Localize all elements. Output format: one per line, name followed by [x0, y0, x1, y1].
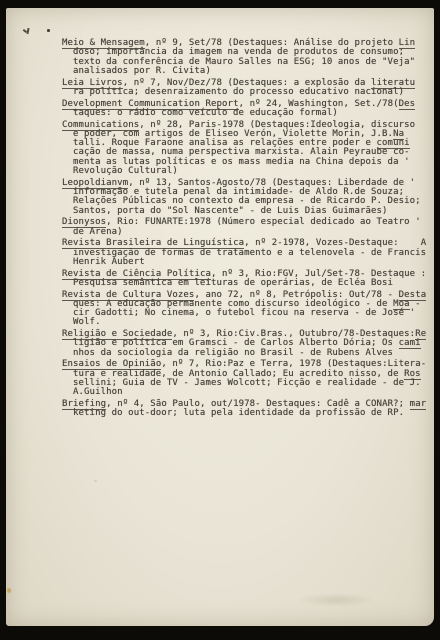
entry-line: de Arena)	[62, 228, 430, 237]
entry-text: sellini; Guia de TV - James Wolcott; Fic…	[73, 378, 421, 388]
journal-entry: Briefing, nº 4, São Paulo, out/1978- Des…	[62, 400, 430, 419]
entry-text: , Rio: FUNARTE:1978 (Número especial ded…	[106, 217, 421, 227]
paper-smudge	[296, 593, 376, 607]
journal-entry: Revista Brasileira de Linguística, nº 2-…	[62, 239, 430, 267]
hyphen-underline: Des	[399, 99, 416, 110]
document-page: Meio & Mensagem, nº 9, Set/78 (Destaques…	[6, 8, 434, 626]
entry-text: ra política; desenraizamento do processo…	[73, 87, 404, 97]
entry-text: Revolução Cultural)	[73, 166, 178, 176]
entry-line: Wolf.	[62, 318, 430, 327]
entry-line: analisados por R. Civita)	[62, 67, 430, 76]
entry-line: ra política; desenraizamento do processo…	[62, 88, 430, 97]
entry-text: nhos da sociologia da religião no Brasil…	[73, 348, 393, 358]
pen-mark-tick	[23, 27, 33, 36]
entry-text: analisados por R. Civita)	[73, 66, 211, 76]
journal-entry: Revista de Cultura Vozes, ano 72, nº 8, …	[62, 291, 430, 328]
entry-text: Santos, porta do "Sol Nascente" - de Lui…	[73, 206, 388, 216]
entry-text: Wolf.	[73, 317, 101, 327]
entry-line: Santos, porta do "Sol Nascente" - de Lui…	[62, 207, 430, 216]
paper-speck	[94, 480, 97, 482]
journal-entry: Religião e Sociedade, nº 3, Rio:Civ.Bras…	[62, 330, 430, 358]
entries-list: Meio & Mensagem, nº 9, Set/78 (Destaques…	[62, 39, 430, 421]
entry-line: Pesquisa semântica em leituras de operár…	[62, 279, 430, 288]
journal-entry: Leopoldianvm, nº 13, Santos-Agosto/78 (D…	[62, 179, 430, 216]
journal-entry: Meio & Mensagem, nº 9, Set/78 (Destaques…	[62, 39, 430, 76]
hyphen-underline: mar	[410, 399, 427, 410]
entry-text: de Arena)	[73, 227, 123, 237]
journal-entry: Development Communication Report, nº 24,…	[62, 100, 430, 119]
entry-line: Henrik Aubert	[62, 258, 430, 267]
entry-text: cir Gadotti; No cinema, o futebol ficou …	[73, 308, 415, 318]
journal-entry: Communications, nº 28, Paris-1978 (Desta…	[62, 121, 430, 177]
entry-line: keting do out-door; luta pela identidade…	[62, 409, 430, 418]
entry-text: A.Guilhon	[73, 387, 123, 397]
journal-entry: Dionysos, Rio: FUNARTE:1978 (Número espe…	[62, 218, 430, 237]
entry-line: cir Gadotti; No cinema, o futebol ficou …	[62, 309, 430, 318]
journal-entry: Revista de Ciência Política, nº 3, Rio:F…	[62, 270, 430, 289]
entry-text: taques: o rádio como veículo de educação…	[73, 108, 338, 118]
entry-line: nhos da sociologia da religião no Brasil…	[62, 349, 430, 358]
journal-entry: Ensaios de Opinião, nº 7, Rio:Paz e Terr…	[62, 360, 430, 397]
hyphen-underline: cami	[399, 338, 421, 349]
pen-mark-dot	[47, 29, 50, 32]
entry-text: Henrik Aubert	[73, 257, 145, 267]
entry-line: taques: o rádio como veículo de educação…	[62, 109, 430, 118]
entry-line: A.Guilhon	[62, 388, 430, 397]
paper-speck	[7, 588, 11, 593]
entry-line: Revolução Cultural)	[62, 167, 430, 176]
entry-text: Pesquisa semântica em leituras de operár…	[73, 278, 393, 288]
entry-text: keting do out-door; luta pela identidade…	[73, 408, 404, 418]
journal-entry: Leia Livros, nº 7, Nov/Dez/78 (Destaques…	[62, 79, 430, 98]
scan-background: Meio & Mensagem, nº 9, Set/78 (Destaques…	[0, 0, 440, 640]
